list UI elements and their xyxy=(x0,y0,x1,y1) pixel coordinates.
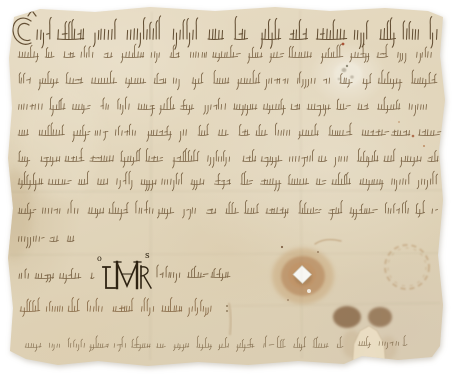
body-line-7 xyxy=(18,200,438,220)
rust-speck-1 xyxy=(342,43,345,46)
recognition-colon-bottom xyxy=(226,310,228,312)
recognition-colon-top xyxy=(226,305,228,307)
seal-white-dot xyxy=(307,289,311,293)
body-line-2 xyxy=(19,70,437,90)
rust-speck-4 xyxy=(398,121,400,123)
brown-streak xyxy=(229,304,231,334)
ink-speck-3 xyxy=(287,299,289,301)
seal-ring-impression xyxy=(385,245,429,289)
monogram-superscript-s: s xyxy=(145,251,150,261)
photo-stage: os xyxy=(0,0,454,374)
royal-monogram: os xyxy=(97,251,151,288)
body-line-1 xyxy=(18,44,431,63)
charter-artwork: os xyxy=(0,0,454,374)
top-damage-smudge-2 xyxy=(350,75,354,78)
vertical-fold-1 xyxy=(150,12,152,360)
parchment-charter: os xyxy=(0,0,454,374)
monogram-stroke xyxy=(103,267,115,288)
bottom-stain-left xyxy=(333,306,361,328)
recognition-line xyxy=(20,298,211,317)
invocatio-display-line xyxy=(37,16,437,49)
chrismon-initial xyxy=(13,8,37,44)
top-damage-smudge-1 xyxy=(342,68,347,72)
top-damage-speck xyxy=(346,65,348,67)
parchment-wrap: os xyxy=(0,0,454,374)
horizontal-fold-2 xyxy=(10,253,443,255)
dating-line xyxy=(25,336,343,352)
signature-line-right xyxy=(157,265,230,283)
ink-speck-2 xyxy=(317,251,319,253)
mid-left-light-patch xyxy=(20,80,100,200)
faint-arc-above-seal xyxy=(315,240,341,244)
rust-speck-3 xyxy=(423,145,425,147)
top-damage-smudge-3 xyxy=(338,78,341,80)
monogram-superscript-o: o xyxy=(97,254,102,263)
ink-speck-1 xyxy=(281,246,283,248)
bottom-stain-right xyxy=(368,307,392,327)
rust-speck-2 xyxy=(412,135,415,138)
horizontal-fold-3 xyxy=(230,303,440,306)
signature-line-left xyxy=(19,268,94,283)
